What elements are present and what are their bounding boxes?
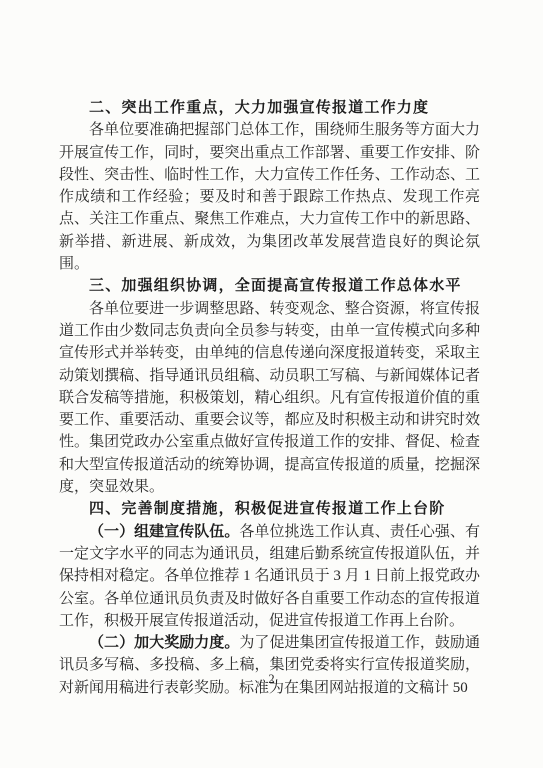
paragraph-text: 各单位要准确把握部门总体工作，围绕师生服务等方面大力开展宣传工作，同时，要突出重… (59, 122, 480, 272)
page-number: 2 (0, 671, 543, 687)
paragraph-text: 四、完善制度措施，积极促进宣传报道工作上台阶 (89, 501, 445, 517)
paragraph-lead: （二）加大奖励力度。 (89, 635, 239, 651)
paragraph: （一）组建宣传队伍。各单位挑选工作认真、责任心强、有一定文字水平的同志为通讯员，… (59, 521, 480, 632)
paragraph: （二）加大奖励力度。为了促进集团宣传报道工作，鼓励通讯员多写稿、多投稿、多上稿，… (59, 632, 480, 699)
paragraph-text: 二、突出工作重点，大力加强宣传报道工作力度 (89, 100, 429, 116)
paragraph-text: 各单位要进一步调整思路、转变观念、整合资源，将宣传报道工作由少数同志负责向全员参… (59, 301, 480, 495)
section-heading: 三、加强组织协调，全面提高宣传报道工作总体水平 (59, 275, 480, 297)
paragraph: 各单位要准确把握部门总体工作，围绕师生服务等方面大力开展宣传工作，同时，要突出重… (59, 119, 480, 275)
section-heading: 二、突出工作重点，大力加强宣传报道工作力度 (59, 97, 480, 119)
paragraph: 各单位要进一步调整思路、转变观念、整合资源，将宣传报道工作由少数同志负责向全员参… (59, 298, 480, 499)
document-page: 二、突出工作重点，大力加强宣传报道工作力度 各单位要准确把握部门总体工作，围绕师… (0, 0, 543, 768)
paragraph-text: 三、加强组织协调，全面提高宣传报道工作总体水平 (89, 278, 462, 294)
document-body: 二、突出工作重点，大力加强宣传报道工作力度 各单位要准确把握部门总体工作，围绕师… (59, 97, 480, 699)
section-heading: 四、完善制度措施，积极促进宣传报道工作上台阶 (59, 498, 480, 520)
paragraph-lead: （一）组建宣传队伍。 (89, 524, 239, 540)
